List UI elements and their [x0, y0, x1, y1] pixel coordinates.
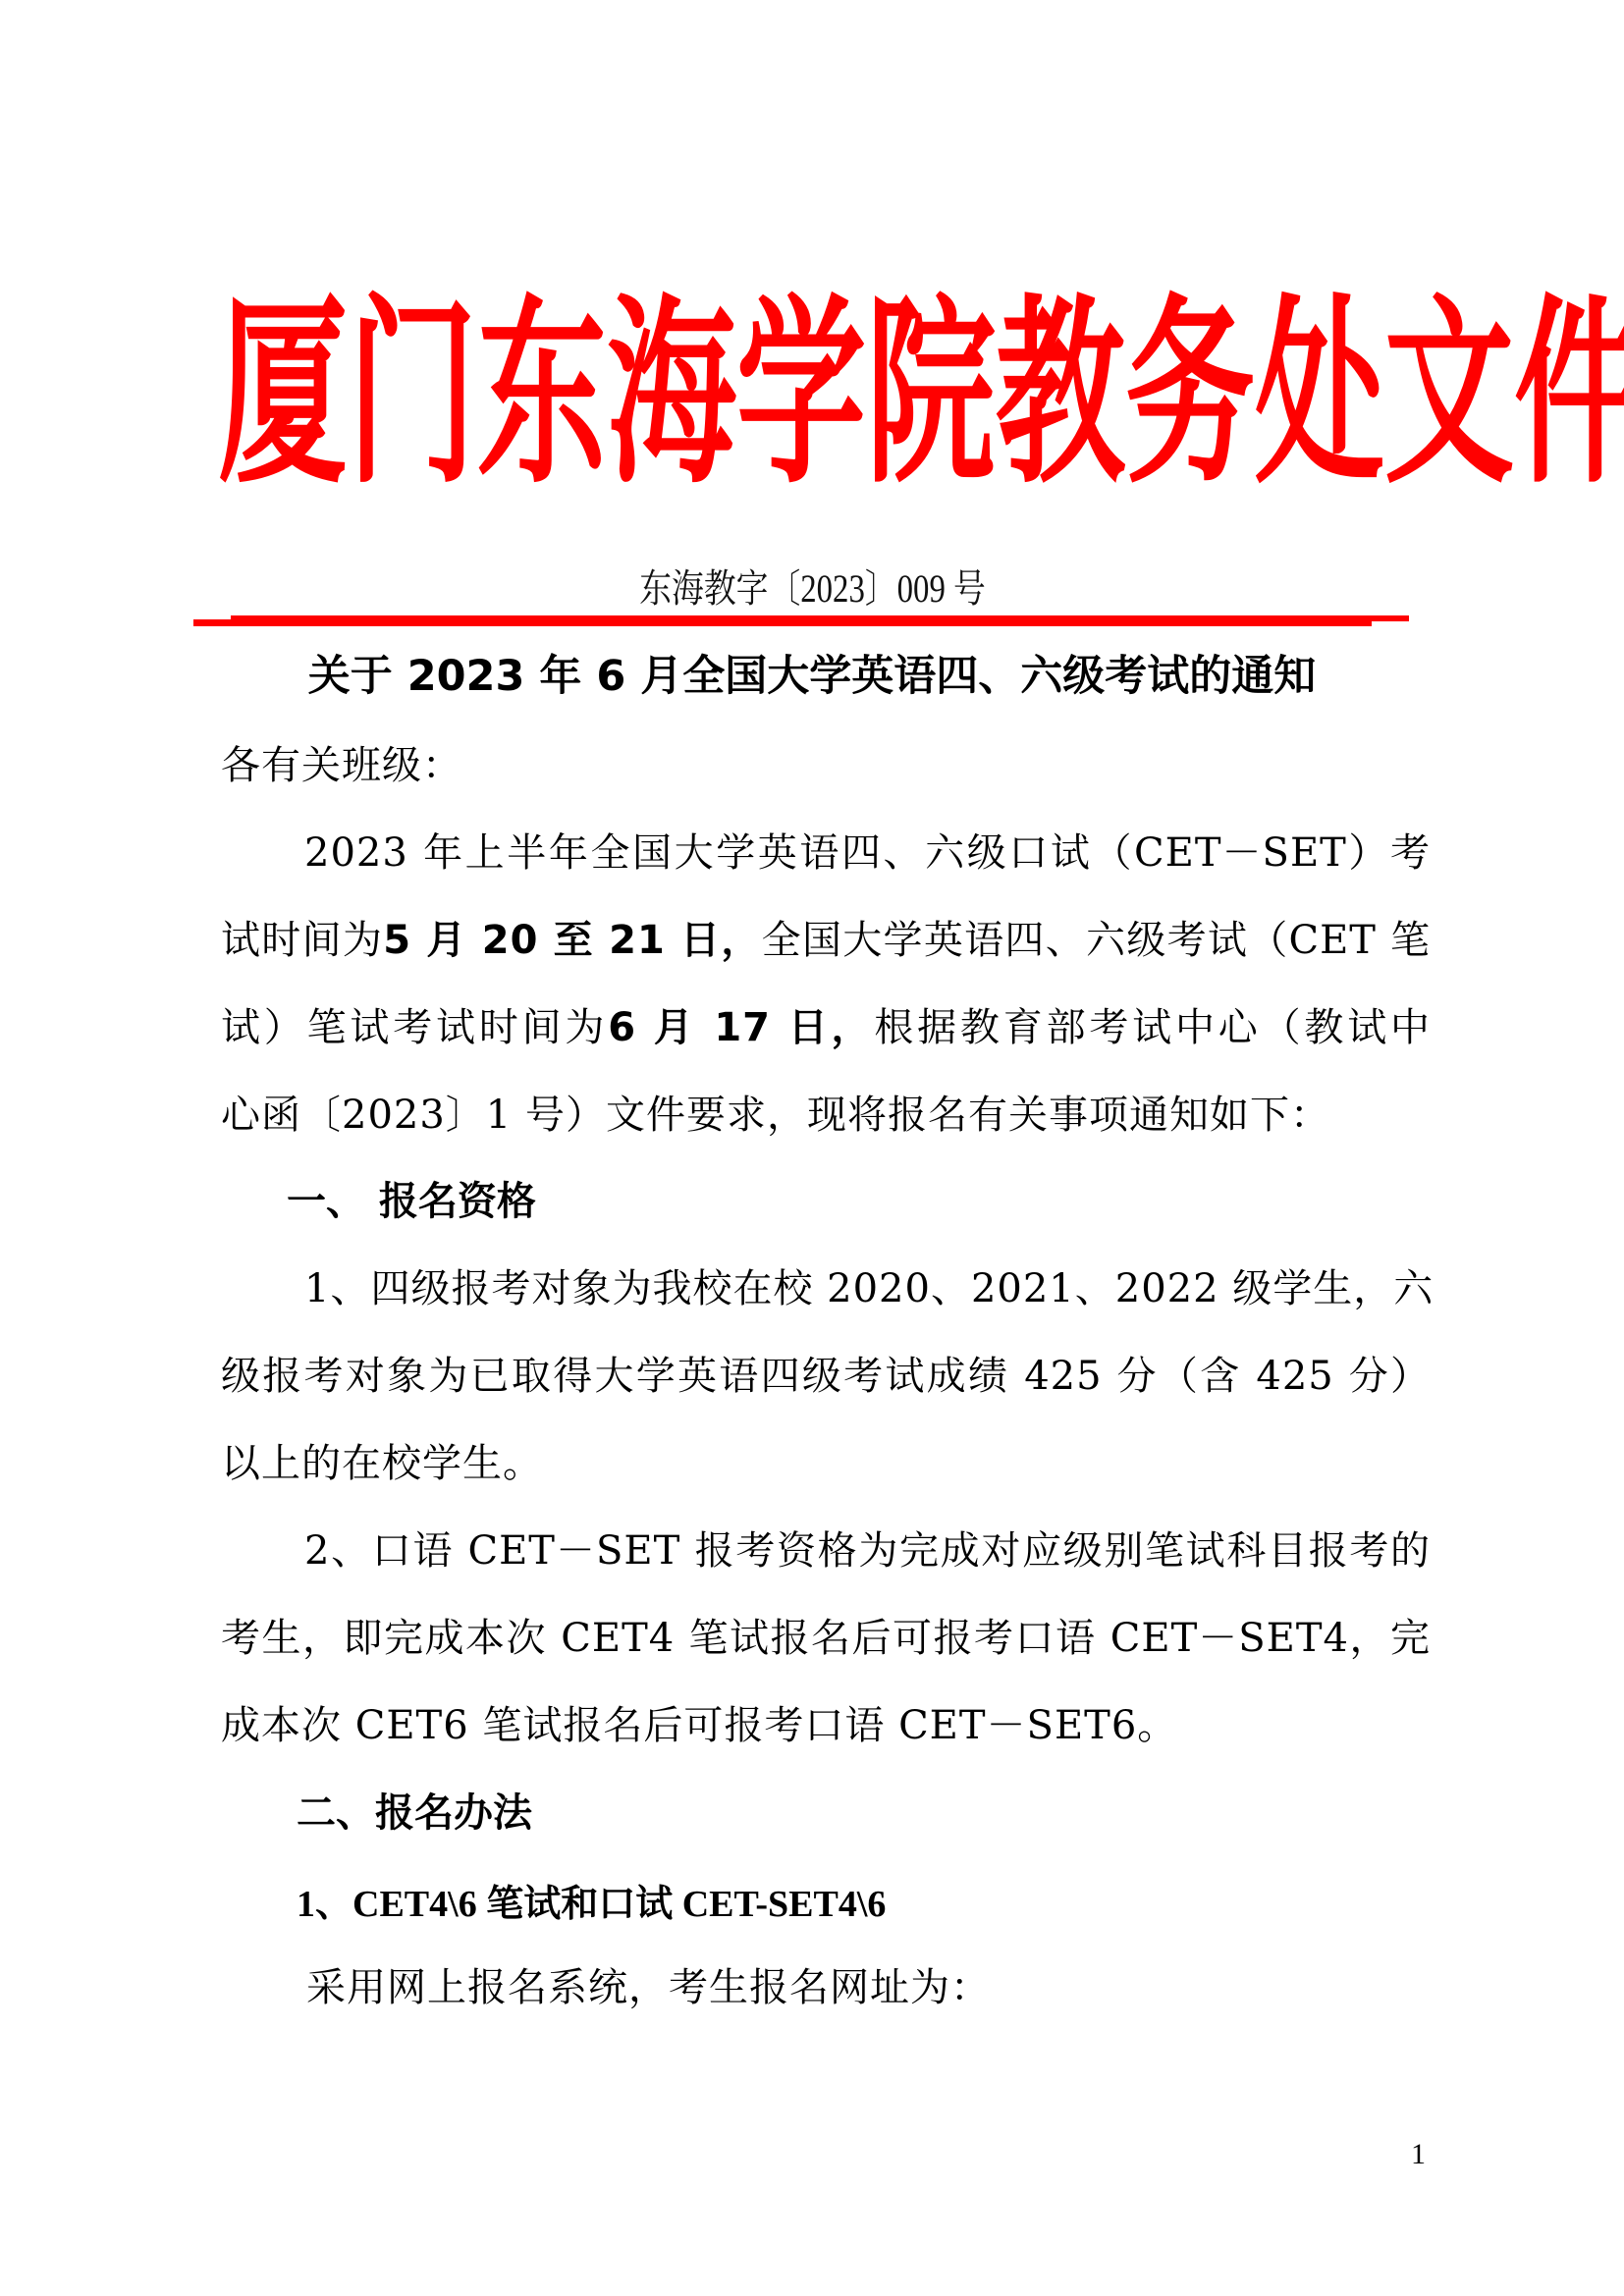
eligibility-item2-line1: 2、口语 CET－SET 报考资格为完成对应级别笔试科目报考的 — [304, 1520, 1431, 1575]
section-heading-registration: 二、报名办法 — [297, 1782, 532, 1838]
intro-line-1: 2023 年上半年全国大学英语四、六级口试（CET－SET）考 — [304, 822, 1431, 878]
intro-line-3: 试）笔试考试时间为6 月 17 日，根据教育部考试中心（教试中 — [221, 996, 1431, 1052]
masthead-char: 文 — [1384, 294, 1514, 496]
document-page: 厦 门 东 海 学 院 教 务 处 文 件 东海教字〔2023〕009 号 关于… — [0, 0, 1624, 2296]
intro-text: 根据教育部考试中心（教试中 — [874, 1005, 1431, 1050]
intro-text: 全国大学英语四、六级考试（CET 笔 — [762, 918, 1431, 963]
salutation: 各有关班级： — [221, 734, 1431, 790]
masthead-char: 学 — [736, 294, 866, 496]
registration-subheading: 1、CET4\6 笔试和口试 CET-SET4\6 — [297, 1873, 886, 1927]
section-heading-eligibility: 一、 报名资格 — [287, 1170, 536, 1226]
masthead-char: 院 — [866, 294, 996, 496]
written-exam-date: 6 月 17 日， — [608, 1005, 874, 1050]
masthead-title: 厦 门 东 海 学 院 教 务 处 文 件 — [218, 287, 1432, 503]
eligibility-item2-line2: 考生，即完成本次 CET4 笔试报名后可报考口语 CET－SET4，完 — [221, 1607, 1431, 1663]
intro-text: 试）笔试考试时间为 — [221, 1005, 608, 1050]
masthead-char: 务 — [1125, 294, 1255, 496]
eligibility-item1-line1: 1、四级报考对象为我校在校 2020、2021、2022 级学生，六 — [304, 1257, 1431, 1313]
document-number: 东海教字〔2023〕009 号 — [146, 558, 1478, 614]
masthead-char: 海 — [607, 294, 736, 496]
intro-text: 试时间为 — [221, 918, 383, 963]
masthead-char: 件 — [1514, 294, 1624, 496]
red-rule-divider-lower — [193, 620, 1372, 626]
red-rule-divider-left-cap — [193, 619, 233, 626]
masthead-char: 东 — [477, 294, 607, 496]
registration-line-1: 采用网上报名系统，考生报名网址为： — [306, 1956, 1516, 2012]
masthead-char: 处 — [1255, 294, 1384, 496]
masthead-char: 门 — [348, 294, 477, 496]
notice-title: 关于 2023 年 6 月全国大学英语四、六级考试的通知 — [0, 643, 1624, 703]
intro-line-2: 试时间为5 月 20 至 21 日，全国大学英语四、六级考试（CET 笔 — [221, 909, 1431, 965]
oral-exam-dates: 5 月 20 至 21 日， — [383, 918, 761, 963]
eligibility-item1-line2: 级报考对象为已取得大学英语四级考试成绩 425 分（含 425 分） — [221, 1345, 1431, 1401]
eligibility-item1-line3: 以上的在校学生。 — [221, 1432, 1431, 1488]
intro-line-4: 心函〔2023〕1 号）文件要求，现将报名有关事项通知如下： — [221, 1084, 1431, 1140]
page-number: 1 — [1411, 2138, 1426, 2171]
eligibility-item2-line3: 成本次 CET6 笔试报名后可报考口语 CET－SET6。 — [221, 1694, 1431, 1750]
masthead-char: 教 — [996, 294, 1125, 496]
masthead-char: 厦 — [218, 294, 348, 496]
